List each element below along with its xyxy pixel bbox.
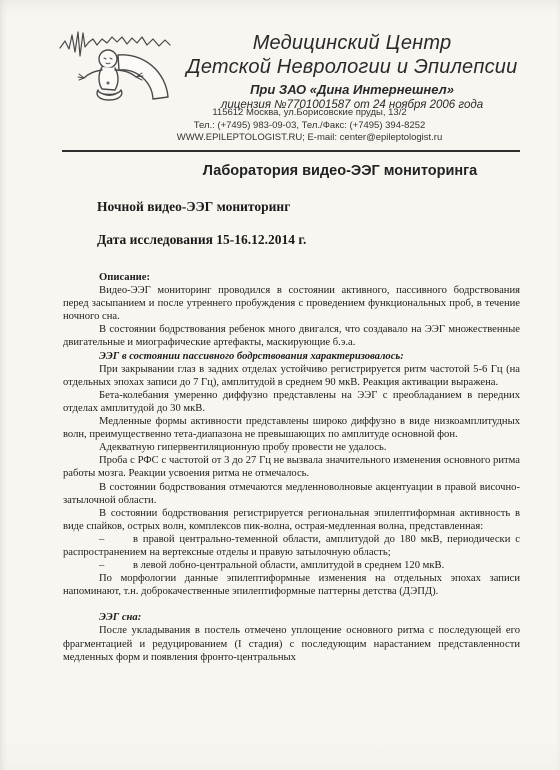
org-address: 115612 Москва, ул.Борисовские пруды, 13/… (52, 107, 560, 120)
paragraph-subheading: ЭЭГ в состоянии пассивного бодрствования… (63, 350, 520, 363)
paragraph-heading: Описание: (63, 271, 520, 284)
paragraph-body: По морфологии данные эпилептиформные изм… (63, 572, 520, 598)
dash-bullet: – (99, 533, 133, 546)
org-web-email: WWW.EPILEPTOLOGIST.RU; E-mail: center@ep… (52, 132, 560, 145)
report-body: Описание:Видео-ЭЭГ мониторинг проводился… (63, 271, 520, 664)
paragraph-body: При закрывании глаз в задних отделах уст… (63, 363, 520, 389)
header-divider (62, 150, 520, 152)
paragraph-subheading: ЭЭГ сна: (63, 611, 520, 624)
org-phones: Тел.: (+7495) 983-09-03, Тел./Факс: (+74… (52, 120, 560, 133)
paragraph-body: В состоянии бодрствования отмечаются мед… (63, 481, 520, 507)
study-type-title: Ночной видео-ЭЭГ мониторинг (97, 199, 290, 215)
org-header: Медицинский Центр Детской Неврологии и Э… (148, 31, 556, 113)
org-name-line2: Детской Неврологии и Эпилепсии (148, 55, 556, 79)
paragraph-body: Проба с РФС с частотой от 3 до 27 Гц не … (63, 454, 520, 480)
paragraph-body: Адекватную гипервентиляционную пробу про… (63, 441, 520, 454)
paragraph-spacer (63, 598, 520, 611)
lab-title: Лаборатория видео-ЭЭГ мониторинга (120, 163, 560, 179)
dash-bullet: – (99, 559, 133, 572)
paragraph-body: В состоянии бодрствования ребенок много … (63, 323, 520, 349)
org-name-line1: Медицинский Центр (148, 31, 556, 55)
paragraph-body: Медленные формы активности представлены … (63, 415, 520, 441)
contact-block: 115612 Москва, ул.Борисовские пруды, 13/… (52, 107, 560, 145)
scanned-report-page: Медицинский Центр Детской Неврологии и Э… (0, 0, 560, 770)
paragraph-body: Видео-ЭЭГ мониторинг проводился в состоя… (63, 284, 520, 323)
study-date: Дата исследования 15-16.12.2014 г. (97, 232, 306, 248)
paragraph-body: Бета-колебания умеренно диффузно предста… (63, 389, 520, 415)
paragraph-body: В состоянии бодрствования регистрируется… (63, 507, 520, 533)
paragraph-dash: –в правой центрально-теменной области, а… (63, 533, 520, 559)
org-affiliation: При ЗАО «Дина Интернешнел» (148, 81, 556, 98)
paragraph-body: После укладывания в постель отмечено упл… (63, 624, 520, 663)
paragraph-dash: –в левой лобно-центральной области, ампл… (63, 559, 520, 572)
